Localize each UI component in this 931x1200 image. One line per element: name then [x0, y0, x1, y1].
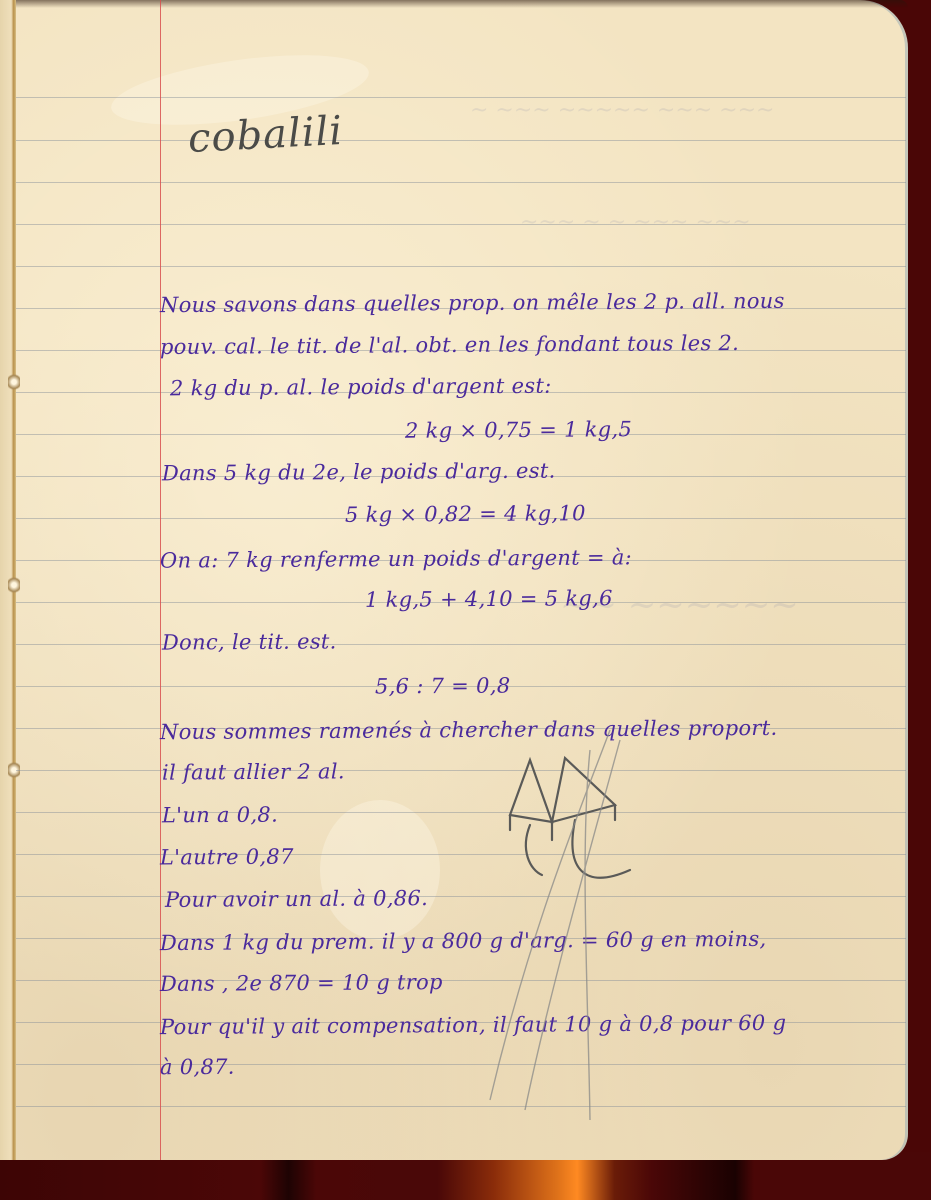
ruled-line: [16, 770, 906, 771]
ruled-line: [16, 812, 906, 813]
handwritten-line: Dans , 2e 870 = 10 g trop: [160, 970, 443, 996]
handwritten-line: 2 kg du p. al. le poids d'argent est:: [170, 374, 552, 401]
sail-doodle-icon: [470, 730, 690, 1120]
ruled-line: [16, 854, 906, 855]
calculation-line: 2 kg × 0,75 = 1 kg,5: [405, 417, 632, 443]
ruled-line: [16, 224, 906, 225]
ruled-line: [16, 980, 906, 981]
handwritten-line: L'autre 0,87: [160, 845, 294, 870]
handwritten-line: à 0,87.: [160, 1055, 235, 1080]
ruled-line: [16, 644, 906, 645]
bleed-through-text: ~ ~~~ ~~~~~ ~~~ ~~~: [470, 98, 774, 123]
handwritten-line: L'un a 0,8.: [162, 803, 278, 828]
handwritten-line: Nous savons dans quelles prop. on mêle l…: [160, 289, 785, 317]
ruled-line: [16, 182, 906, 183]
paper-crease: [320, 800, 440, 940]
ruled-line: [16, 266, 906, 267]
handwritten-line: pouv. cal. le tit. de l'al. obt. en les …: [160, 331, 739, 359]
page-title: cobalili: [187, 108, 344, 162]
calculation-line: 5 kg × 0,82 = 4 kg,10: [345, 501, 586, 527]
ruled-line: [16, 1064, 906, 1065]
handwritten-line: il faut allier 2 al.: [162, 759, 345, 784]
ruled-line: [16, 1106, 906, 1107]
binding-stitch: [8, 575, 20, 595]
calculation-line: 1 kg,5 + 4,10 = 5 kg,6: [365, 586, 613, 612]
binding-stitch: [8, 372, 20, 392]
bleed-through-text: ~~~ ~ ~ ~~~ ~~~: [520, 210, 751, 235]
notebook-page: ~ ~~~ ~~~~~ ~~~ ~~~ ~~~ ~ ~ ~~~ ~~~ ~~ ~…: [0, 0, 908, 1160]
pencil-sketch: [470, 730, 690, 1120]
handwritten-line: Pour avoir un al. à 0,86.: [165, 886, 428, 912]
handwritten-line: Donc, le tit. est.: [162, 629, 337, 654]
handwritten-line: Dans 5 kg du 2e, le poids d'arg. est.: [162, 459, 556, 486]
calculation-line: 5,6 : 7 = 0,8: [375, 674, 511, 699]
page-top-shadow: [0, 0, 908, 8]
ruled-line: [16, 140, 906, 141]
ruled-line: [16, 896, 906, 897]
handwritten-line: On a: 7 kg renferme un poids d'argent = …: [160, 545, 632, 572]
